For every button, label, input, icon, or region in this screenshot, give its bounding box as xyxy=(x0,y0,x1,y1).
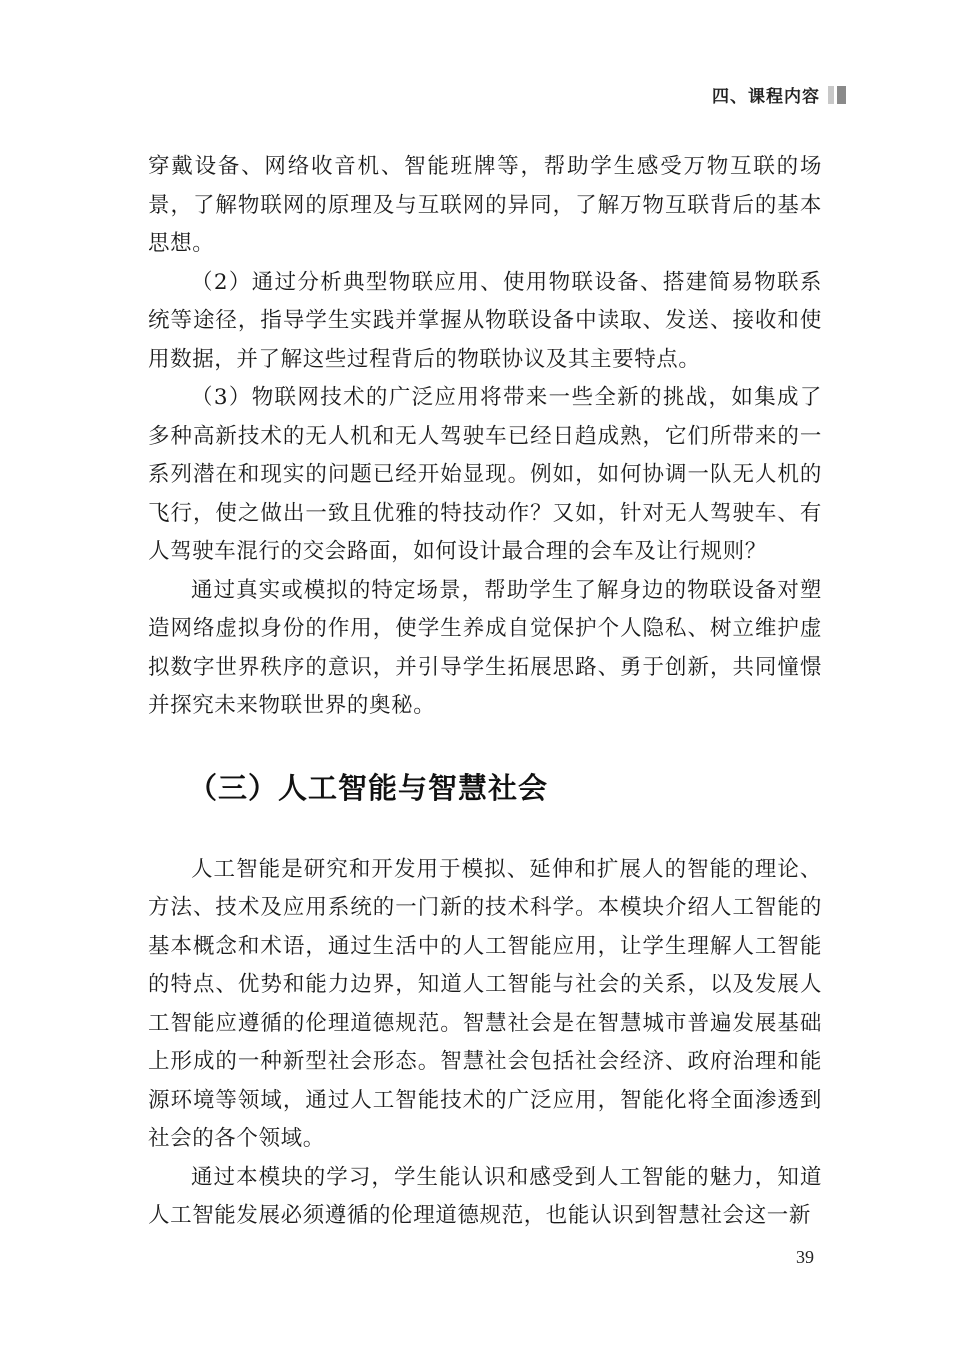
paragraph-item-3: （3）物联网技术的广泛应用将带来一些全新的挑战，如集成了多种高新技术的无人机和无… xyxy=(148,379,822,572)
header-bar-dark-icon xyxy=(837,86,846,104)
running-head: 四、课程内容 xyxy=(712,82,846,107)
page-number: 39 xyxy=(796,1247,814,1268)
paragraph-continued: 穿戴设备、网络收音机、智能班牌等，帮助学生感受万物互联的场景，了解物联网的原理及… xyxy=(148,148,822,264)
page-body: 穿戴设备、网络收音机、智能班牌等，帮助学生感受万物互联的场景，了解物联网的原理及… xyxy=(148,148,822,1236)
paragraph-summary: 通过真实或模拟的特定场景，帮助学生了解身边的物联设备对塑造网络虚拟身份的作用，使… xyxy=(148,572,822,726)
paragraph-ai-intro: 人工智能是研究和开发用于模拟、延伸和扩展人的智能的理论、方法、技术及应用系统的一… xyxy=(148,851,822,1159)
header-bar-light-icon xyxy=(828,86,834,104)
paragraph-item-2: （2）通过分析典型物联应用、使用物联设备、搭建简易物联系统等途径，指导学生实践并… xyxy=(148,264,822,380)
section-heading: （三）人工智能与智慧社会 xyxy=(188,766,822,807)
header-bar-marks xyxy=(828,86,846,104)
chapter-title: 四、课程内容 xyxy=(712,82,820,107)
paragraph-ai-goals: 通过本模块的学习，学生能认识和感受到人工智能的魅力，知道人工智能发展必须遵循的伦… xyxy=(148,1159,822,1236)
